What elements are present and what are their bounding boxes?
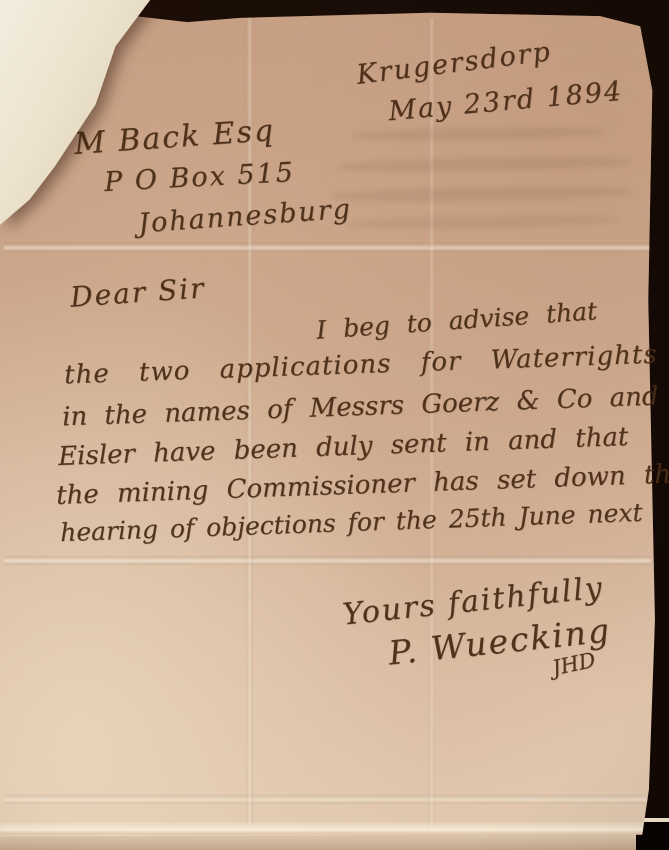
fold-crease-horizontal [4,556,651,565]
letter-photo: Krugersdorp May 23rd 1894 M Back Esq P O… [0,0,669,850]
fold-crease-horizontal [4,795,651,804]
paper-bottom-edge-highlight [0,822,645,834]
fold-crease-horizontal [4,243,651,252]
ink-showthrough [347,214,622,231]
folded-blank-sheet-surface [0,0,165,232]
ink-showthrough [350,126,605,142]
ink-showthrough [330,184,633,203]
ink-showthrough [335,155,633,173]
folded-blank-sheet [0,0,165,232]
